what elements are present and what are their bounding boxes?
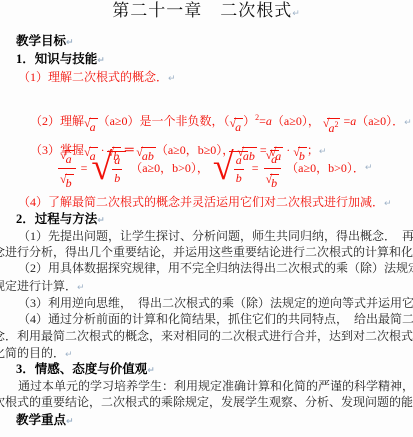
denominator: √b xyxy=(58,169,76,190)
text-segment: （4）了解最简二次根式的概念并灵活运用它们对二次根式进行加减． xyxy=(18,195,384,209)
text-segment: 念．利用最简二次根式的概念，来对相同的二次根式进行合并，达到对二次根式进行 xyxy=(0,329,413,343)
exponent: 2 xyxy=(334,120,338,129)
paragraph-mark: ↵ xyxy=(66,417,74,427)
sqrt-a: √a xyxy=(266,150,280,166)
radical-sign: √ xyxy=(213,150,234,184)
process-paragraph-4-line-1: （4）通过分析前面的计算和化简结果，抓住它们的共同特点， 给出最简二次根式 xyxy=(18,311,413,327)
numerator: a xyxy=(112,154,122,170)
paragraph-mark: ↵ xyxy=(404,118,412,128)
paragraph-mark: ↵ xyxy=(168,74,176,84)
process-paragraph-4-line-2: 念．利用最简二次根式的概念，来对相同的二次根式进行合并，达到对二次根式进行 xyxy=(0,328,413,344)
numerator: √a xyxy=(264,147,282,169)
text-segment: （2）用具体数据探究规律，用不完全归纳法得出二次根式的乘（除）法规定， 并 xyxy=(18,261,413,275)
sqrt-b: √b xyxy=(60,174,74,190)
section-1-heading: 1．知识与技能↵ xyxy=(16,51,105,69)
chapter-title-text: 第二十一章 二次根式 xyxy=(112,1,292,20)
values-paragraph-line-1: 通过本单元的学习培养学生：利用规定准确计算和化简的严谨的科学精神，经过二 xyxy=(18,378,413,394)
numerator: a xyxy=(234,154,244,170)
text-segment: （a≥0，b>0）． xyxy=(283,160,365,176)
equals-sign: = xyxy=(249,160,262,176)
text-segment: （4）通过分析前面的计算和化简结果，抓住它们的共同特点， 给出最简二次根式 xyxy=(18,312,413,326)
sqrt-of-a-over-b: √ab xyxy=(213,151,248,185)
chapter-title: 第二十一章 二次根式↵ xyxy=(0,3,413,22)
fraction-a-over-b: ab xyxy=(112,154,122,185)
paragraph-mark: ↵ xyxy=(97,216,105,226)
heading-text: 2．过程与方法 xyxy=(16,212,97,226)
heading-text: 3．情感、态度与价值观 xyxy=(16,362,147,376)
text-segment: （1）理解二次根式的概念． xyxy=(18,70,168,84)
text-segment: 念进行分析，得出几个重要结论，并运用这些重要结论进行二次根式的计算和化简． xyxy=(0,245,413,259)
radical-sign: √ xyxy=(60,173,67,185)
sqrt-a: √a xyxy=(60,150,74,166)
paragraph-mark: ↵ xyxy=(292,9,301,19)
paragraph-mark: ↵ xyxy=(384,199,392,209)
heading-text: 教学重点 xyxy=(16,413,66,427)
heading-text: 1．知识与技能 xyxy=(16,52,97,66)
paragraph-mark: ↵ xyxy=(365,160,373,176)
paragraph-mark: ↵ xyxy=(66,38,74,48)
document-page: 第二十一章 二次根式↵ 教学目标↵ 1．知识与技能↵ （1）理解二次根式的概念．… xyxy=(0,0,413,437)
text-segment: （1）先提出问题，让学生探讨、分析问题，师生共同归纳，得出概念． 再对概 xyxy=(18,229,413,243)
process-paragraph-2-line-2: 规定进行计算．↵ xyxy=(0,278,85,296)
section-3-heading: 3．情感、态度与价值观↵ xyxy=(16,361,155,379)
paragraph-mark: ↵ xyxy=(65,350,73,360)
equals-sign: = xyxy=(78,160,91,176)
denominator: b xyxy=(234,170,244,185)
fraction-a-over-b: ab xyxy=(234,154,244,185)
text-segment: （3）利用逆向思维， 得出二次根式的乘（除）法规定的逆向等式并运用它进行化简 xyxy=(18,296,413,310)
paragraph-mark: ↵ xyxy=(147,366,155,376)
fraction-sqrt-a-over-sqrt-b: √a√b xyxy=(58,147,76,190)
sqrt-of-a-over-b: √ab xyxy=(91,151,126,185)
equals-sign: = xyxy=(340,114,350,128)
fraction-sqrt-a-over-sqrt-b: √a√b xyxy=(264,147,282,190)
denominator: √b xyxy=(264,169,282,190)
denominator: b xyxy=(112,170,122,185)
teaching-goals-heading: 教学目标↵ xyxy=(16,33,74,51)
paragraph-mark: ↵ xyxy=(97,56,105,66)
radical-sign: √ xyxy=(266,173,273,185)
numerator: √a xyxy=(58,147,76,169)
text-segment: 规定进行计算． xyxy=(0,279,77,293)
process-paragraph-2-line-1: （2）用具体数据探究规律，用不完全归纳法得出二次根式的乘（除）法规定， 并 xyxy=(18,260,413,276)
radical-sign: √ xyxy=(60,149,67,161)
text-segment: 次根式的重要结论，二次根式的乘除规定，发展学生观察、分析、发现问题的能力． xyxy=(0,395,413,409)
process-paragraph-3: （3）利用逆向思维， 得出二次根式的乘（除）法规定的逆向等式并运用它进行化简 xyxy=(18,295,413,311)
paragraph-mark: ↵ xyxy=(77,283,85,293)
knowledge-point-4: （4）了解最简二次根式的概念并灵活运用它们对二次根式进行加减．↵ xyxy=(18,194,392,212)
sqrt-b: √b xyxy=(266,174,280,190)
heading-text: 教学目标 xyxy=(16,34,66,48)
process-paragraph-1-line-1: （1）先提出问题，让学生探讨、分析问题，师生共同归纳，得出概念． 再对概 xyxy=(18,228,413,244)
text-segment: 通过本单元的学习培养学生：利用规定准确计算和化简的严谨的科学精神，经过二 xyxy=(18,379,413,393)
radical-sign: √ xyxy=(266,149,273,161)
teaching-focus-heading: 教学重点↵ xyxy=(16,412,74,430)
radical-sign: √ xyxy=(91,150,112,184)
section-2-heading: 2．过程与方法↵ xyxy=(16,211,105,229)
text-segment: （a≥0，b>0）， xyxy=(127,160,212,176)
values-paragraph-line-2: 次根式的重要结论，二次根式的乘除规定，发展学生观察、分析、发现问题的能力．↵ xyxy=(0,394,413,412)
text-segment: （a≥0）． xyxy=(356,114,404,128)
knowledge-point-3-quotient-rule: √a√b = √ab （a≥0，b>0）， √ab = √a√b （a≥0，b>… xyxy=(56,146,372,190)
text-segment: 化简的目的． xyxy=(0,346,65,360)
